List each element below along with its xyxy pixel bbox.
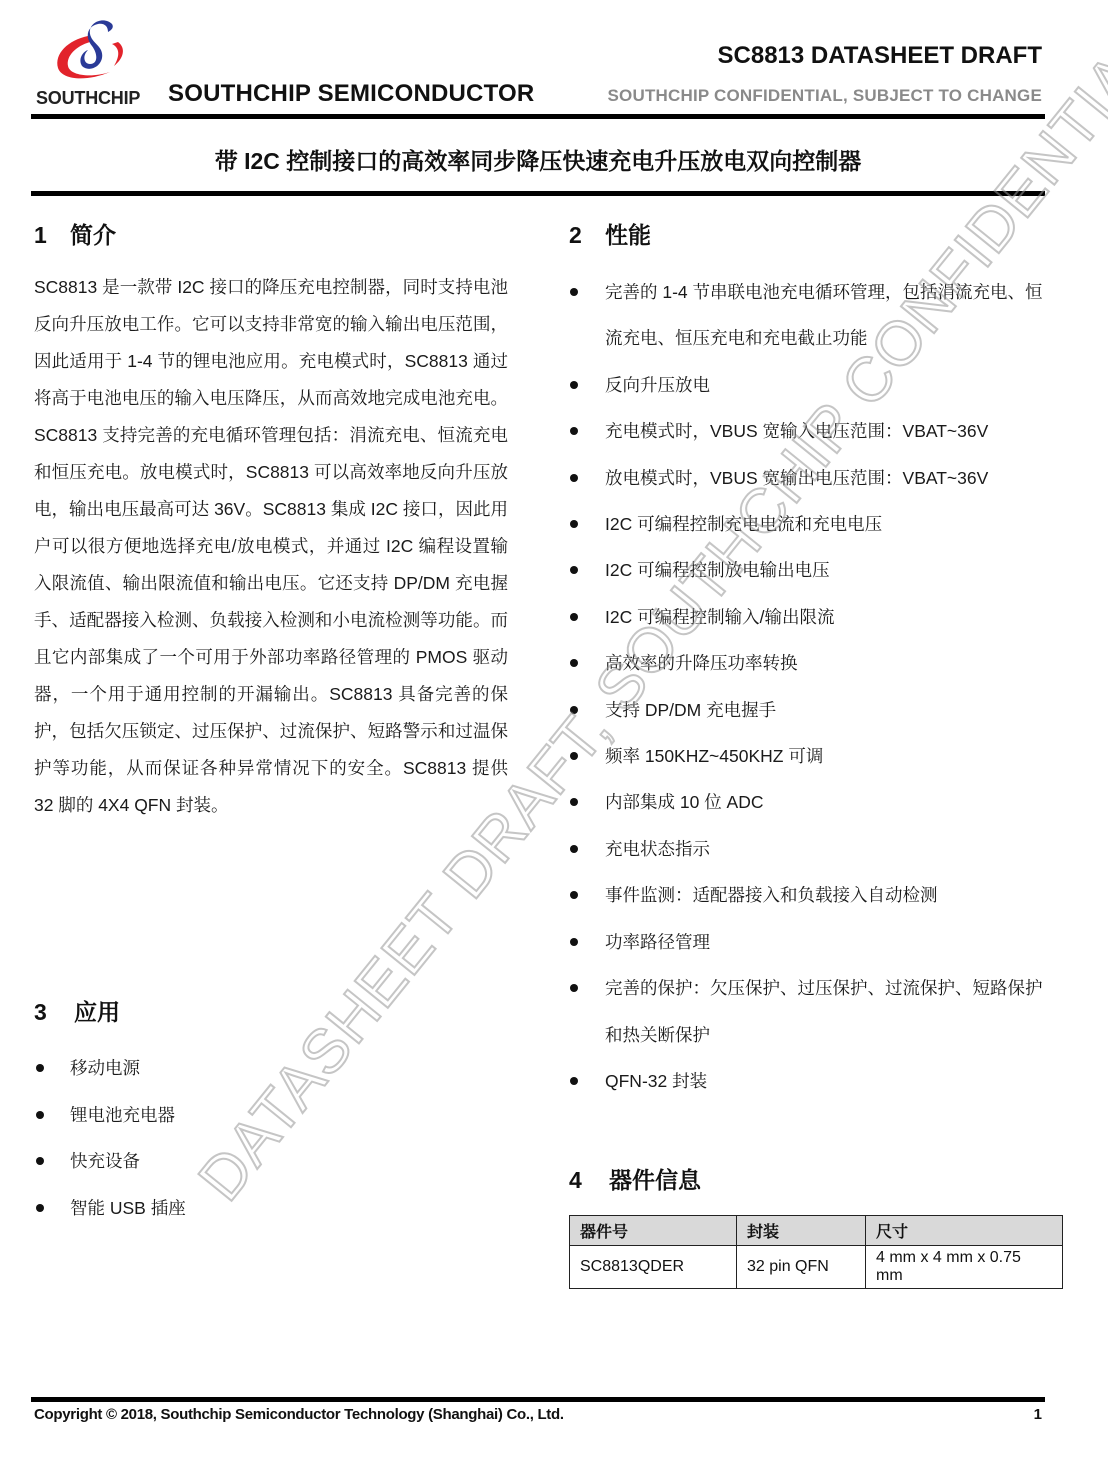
copyright: Copyright © 2018, Southchip Semiconducto… bbox=[34, 1406, 564, 1423]
company-name: SOUTHCHIP SEMICONDUCTOR bbox=[168, 80, 534, 108]
column-header-dimensions: 尺寸 bbox=[866, 1216, 1063, 1246]
section-number: 1 bbox=[34, 222, 70, 249]
table-header-row: 器件号 封装 尺寸 bbox=[570, 1216, 1063, 1246]
list-item: 充电模式时，VBUS 宽输入电压范围：VBAT~36V bbox=[568, 408, 1048, 454]
bullet-icon bbox=[570, 566, 578, 574]
section-heading-intro: 1简介 bbox=[34, 217, 116, 250]
bullet-icon bbox=[36, 1111, 44, 1119]
bullet-icon bbox=[570, 1077, 578, 1085]
list-item: 频率 150KHZ~450KHZ 可调 bbox=[568, 733, 1048, 779]
bullet-icon bbox=[570, 474, 578, 482]
section-title: 器件信息 bbox=[609, 1162, 701, 1195]
bullet-icon bbox=[570, 891, 578, 899]
section-number: 2 bbox=[569, 222, 605, 249]
bullet-icon bbox=[36, 1064, 44, 1072]
list-item: 移动电源 bbox=[34, 1045, 434, 1092]
bullet-icon bbox=[570, 752, 578, 760]
list-item: 内部集成 10 位 ADC bbox=[568, 779, 1048, 825]
main-title: 带 I2C 控制接口的高效率同步降压快速充电升压放电双向控制器 bbox=[0, 143, 1076, 176]
list-item: 快充设备 bbox=[34, 1138, 434, 1185]
list-item: 充电状态指示 bbox=[568, 826, 1048, 872]
list-item: 完善的保护：欠压保护、过压保护、过流保护、短路保护和热关断保护 bbox=[568, 965, 1048, 1058]
column-header-package: 封装 bbox=[737, 1216, 866, 1246]
header-divider bbox=[31, 114, 1045, 119]
section-number: 4 bbox=[569, 1167, 609, 1194]
section-heading-device-info: 4器件信息 bbox=[569, 1162, 701, 1195]
footer-divider bbox=[31, 1397, 1045, 1402]
applications-list: 移动电源 锂电池充电器 快充设备 智能 USB 插座 bbox=[34, 1045, 434, 1231]
section-heading-features: 2性能 bbox=[569, 217, 651, 250]
cell-package: 32 pin QFN bbox=[737, 1246, 866, 1289]
cell-dimensions: 4 mm x 4 mm x 0.75 mm bbox=[866, 1246, 1063, 1289]
section-title: 性能 bbox=[605, 217, 651, 250]
table-row: SC8813QDER 32 pin QFN 4 mm x 4 mm x 0.75… bbox=[570, 1246, 1063, 1289]
bullet-icon bbox=[570, 288, 578, 296]
section-heading-applications: 3应用 bbox=[34, 994, 120, 1027]
list-item: 锂电池充电器 bbox=[34, 1092, 434, 1139]
list-item: 反向升压放电 bbox=[568, 362, 1048, 408]
list-item: QFN-32 封装 bbox=[568, 1058, 1048, 1104]
bullet-icon bbox=[570, 845, 578, 853]
bullet-icon bbox=[570, 381, 578, 389]
list-item: 智能 USB 插座 bbox=[34, 1185, 434, 1232]
list-item: 完善的 1-4 节串联电池充电循环管理，包括涓流充电、恒流充电、恒压充电和充电截… bbox=[568, 269, 1048, 362]
list-item: I2C 可编程控制充电电流和充电电压 bbox=[568, 501, 1048, 547]
features-list: 完善的 1-4 节串联电池充电循环管理，包括涓流充电、恒流充电、恒压充电和充电截… bbox=[568, 269, 1048, 1104]
confidential-notice: SOUTHCHIP CONFIDENTIAL, SUBJECT TO CHANG… bbox=[608, 86, 1043, 106]
column-header-part-number: 器件号 bbox=[570, 1216, 737, 1246]
bullet-icon bbox=[570, 520, 578, 528]
page-number: 1 bbox=[1034, 1406, 1042, 1423]
doc-title: SC8813 DATASHEET DRAFT bbox=[718, 42, 1043, 70]
list-item: 事件监测：适配器接入和负载接入自动检测 bbox=[568, 872, 1048, 918]
intro-paragraph: SC8813 是一款带 I2C 接口的降压充电控制器，同时支持电池反向升压放电工… bbox=[34, 269, 508, 824]
bullet-icon bbox=[570, 798, 578, 806]
list-item: 支持 DP/DM 充电握手 bbox=[568, 687, 1048, 733]
bullet-icon bbox=[570, 427, 578, 435]
title-divider bbox=[31, 191, 1045, 196]
bullet-icon bbox=[36, 1157, 44, 1165]
list-item: I2C 可编程控制输入/输出限流 bbox=[568, 594, 1048, 640]
bullet-icon bbox=[570, 659, 578, 667]
list-item: 放电模式时，VBUS 宽输出电压范围：VBAT~36V bbox=[568, 455, 1048, 501]
list-item: I2C 可编程控制放电输出电压 bbox=[568, 547, 1048, 593]
list-item: 高效率的升降压功率转换 bbox=[568, 640, 1048, 686]
device-info-table: 器件号 封装 尺寸 SC8813QDER 32 pin QFN 4 mm x 4… bbox=[569, 1215, 1063, 1289]
bullet-icon bbox=[570, 938, 578, 946]
list-item: 功率路径管理 bbox=[568, 919, 1048, 965]
section-number: 3 bbox=[34, 999, 74, 1026]
southchip-logo-icon bbox=[52, 18, 132, 86]
bullet-icon bbox=[570, 613, 578, 621]
cell-part-number: SC8813QDER bbox=[570, 1246, 737, 1289]
bullet-icon bbox=[570, 984, 578, 992]
bullet-icon bbox=[570, 706, 578, 714]
bullet-icon bbox=[36, 1204, 44, 1212]
logo-wordmark: SOUTHCHIP bbox=[36, 88, 140, 109]
section-title: 简介 bbox=[70, 217, 116, 250]
section-title: 应用 bbox=[74, 994, 120, 1027]
